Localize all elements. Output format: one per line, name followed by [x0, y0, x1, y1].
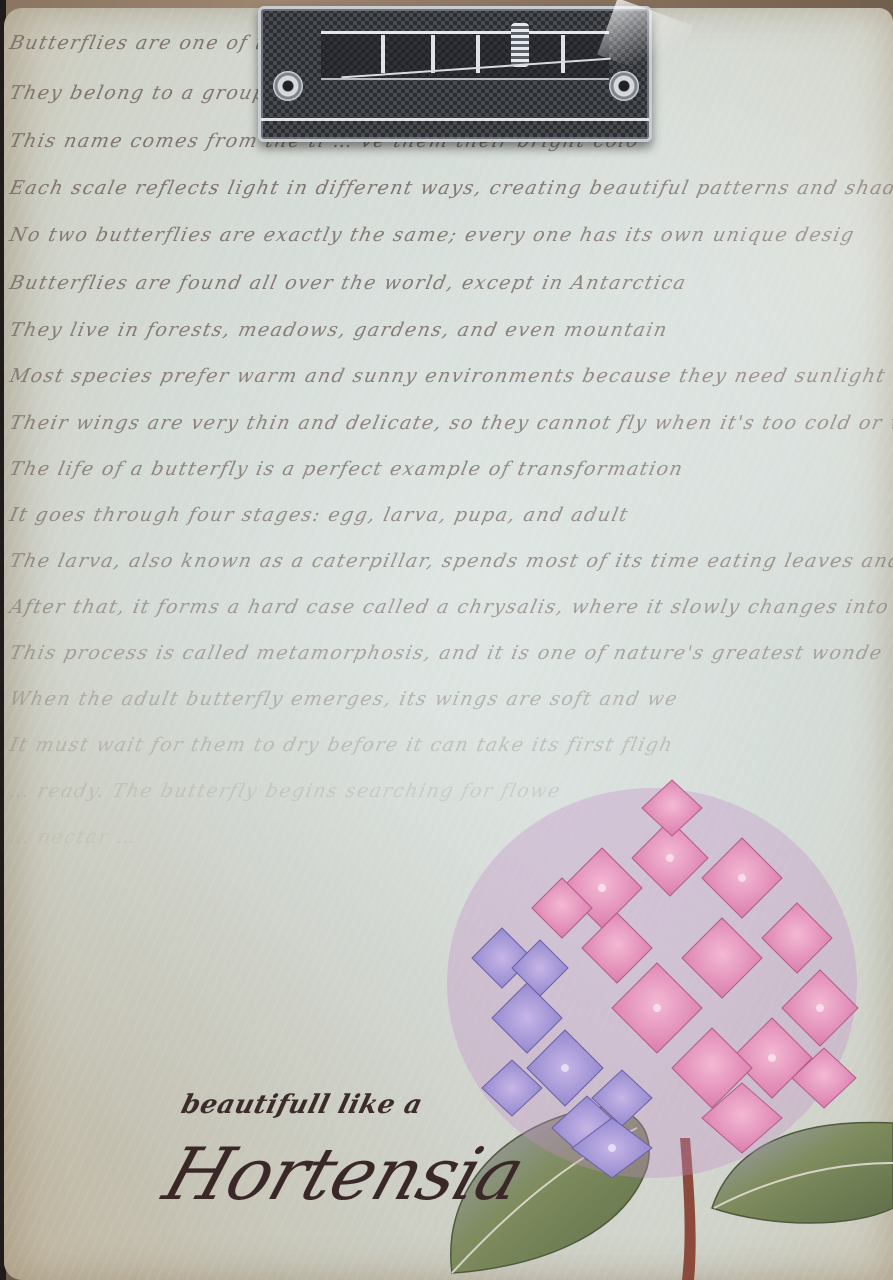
script-line: Their wings are very thin and delicate, … — [8, 412, 893, 434]
rivet-right-icon — [609, 71, 639, 101]
script-line: This process is called metamorphosis, an… — [8, 642, 885, 664]
caption-subtitle: beautifull like a — [178, 1090, 425, 1120]
flower-head — [447, 780, 858, 1178]
script-line: Most species prefer warm and sunny envir… — [8, 365, 893, 387]
script-line: Butterflies are found all over the world… — [8, 272, 689, 294]
rivet-left-icon — [273, 71, 303, 101]
script-line: No two butterflies are exactly the same;… — [8, 224, 857, 246]
script-line: It must wait for them to dry before it c… — [8, 734, 676, 756]
clip-slot — [431, 35, 435, 73]
script-line: They live in forests, meadows, gardens, … — [8, 319, 670, 341]
script-line: … nectar … — [8, 826, 140, 848]
clip-lever-bar — [321, 31, 609, 80]
clip-spring — [511, 23, 529, 67]
script-line: The life of a butterfly is a perfect exa… — [8, 458, 686, 480]
script-line: The larva, also known as a caterpillar, … — [8, 550, 893, 572]
metal-clip[interactable] — [258, 6, 652, 142]
script-line: When the adult butterfly emerges, its wi… — [8, 688, 681, 710]
clip-jaw-edge — [261, 118, 649, 121]
clip-slot — [561, 35, 565, 73]
caption-title: Hortensia — [154, 1132, 534, 1216]
script-line: After that, it forms a hard case called … — [8, 596, 893, 618]
script-line: It goes through four stages: egg, larva,… — [8, 504, 631, 526]
clip-slot — [381, 35, 385, 73]
script-line: Each scale reflects light in different w… — [8, 177, 893, 199]
